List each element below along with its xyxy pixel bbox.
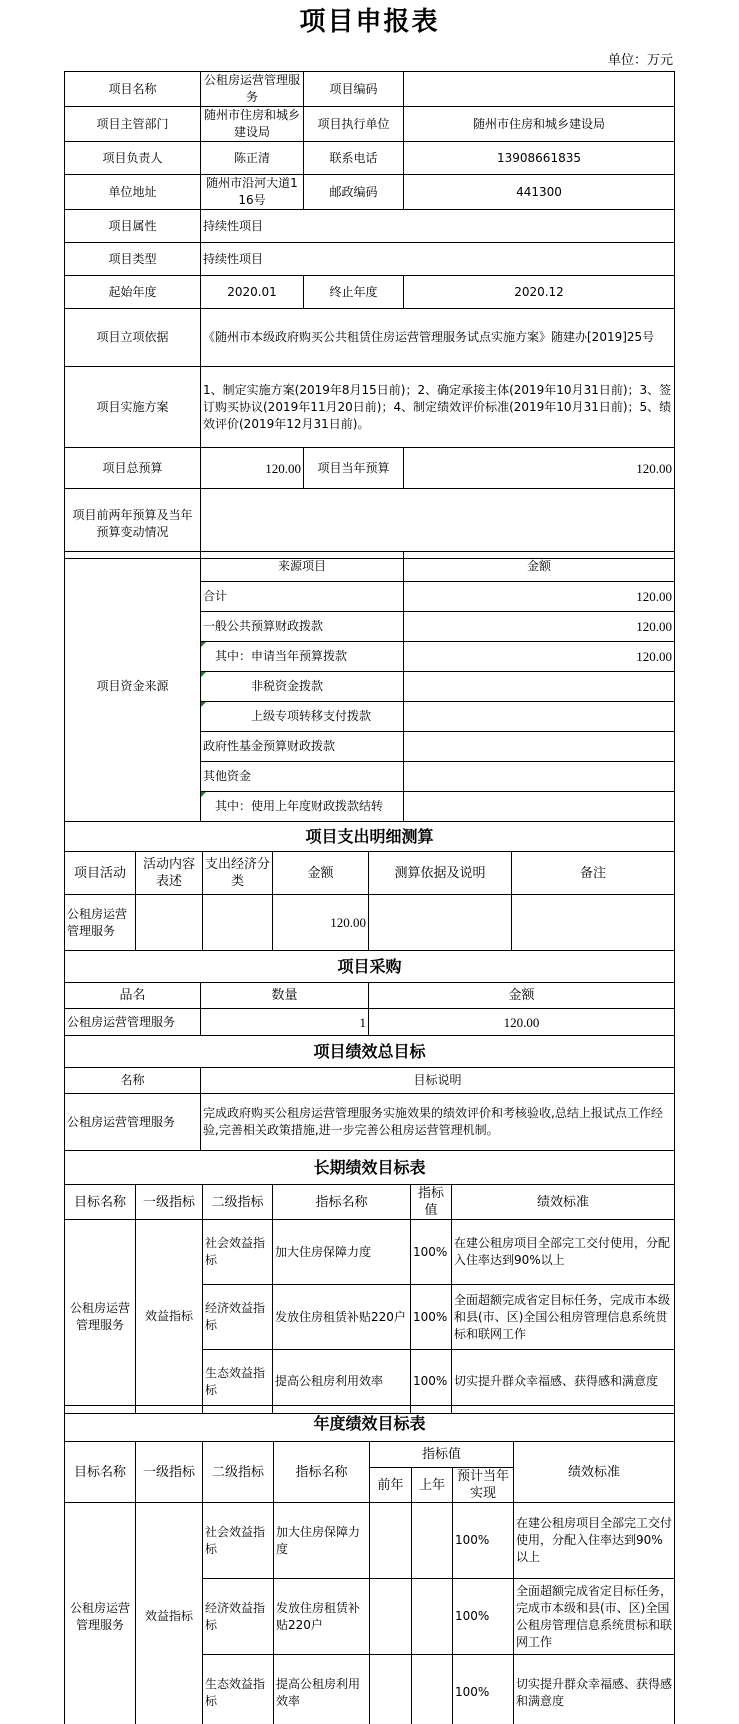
project-code-value [404,72,675,107]
procurement-name: 公租房运营管理服务 [65,1009,201,1036]
page-title: 项目申报表 [0,4,739,40]
year-budget-value: 120.00 [404,448,675,489]
annual-level2: 生态效益指标 [203,1655,274,1724]
start-year-label: 起始年度 [65,276,201,309]
funding-row-name: 政府性基金预算财政拨款 [201,732,404,762]
annual-prev1 [412,1655,453,1724]
annual-header: 绩效标准 [514,1442,675,1503]
annual-expected: 100% [453,1655,514,1724]
procurement-section-title: 项目采购 [65,951,675,983]
procurement-table: 项目采购 品名 数量 金额 公租房运营管理服务 1 120.00 [64,950,675,1036]
expense-table: 项目支出明细测算 项目活动 活动内容表述 支出经济分类 金额 测算依据及说明 备… [64,821,675,951]
funding-row-amount [404,792,675,822]
table-row: 公租房运营管理服务 效益指标 社会效益指标 加大住房保障力度 100% 在建公租… [65,1503,675,1579]
annual-header: 指标名称 [274,1442,370,1503]
dept-label: 项目主管部门 [65,107,201,142]
annual-header: 指标值 [370,1442,514,1468]
type-value: 持续性项目 [201,243,675,276]
exec-unit-value: 随州市住房和城乡建设局 [404,107,675,142]
funding-col-amount: 金额 [404,552,675,582]
funding-row-name: 其他资金 [201,762,404,792]
leader-value: 陈正清 [201,142,304,175]
unit-label: 单位：万元 [608,52,673,70]
long-term-goal-table: 长期绩效目标表 目标名称 一级指标 二级指标 指标名称 指标值 绩效标准 公租房… [64,1150,675,1414]
long-term-standard: 切实提升群众幸福感、获得感和满意度 [452,1350,675,1414]
plan-label: 项目实施方案 [65,367,201,448]
expense-header: 活动内容表述 [136,852,203,895]
year-budget-label: 项目当年预算 [304,448,404,489]
overall-goal-desc: 完成政府购买公租房运营管理服务实施效果的绩效评价和考核验收,总结上报试点工作经验… [201,1094,675,1151]
funding-col-source: 来源项目 [201,552,404,582]
annual-goal-table: 年度绩效目标表 目标名称 一级指标 二级指标 指标名称 指标值 绩效标准 前年 … [64,1405,675,1724]
long-term-header: 指标值 [411,1185,452,1220]
overall-goal-table: 项目绩效总目标 名称 目标说明 公租房运营管理服务 完成政府购买公租房运营管理服… [64,1035,675,1151]
annual-header: 一级指标 [136,1442,203,1503]
long-term-level1: 效益指标 [136,1220,203,1414]
leader-label: 项目负责人 [65,142,201,175]
project-name-label: 项目名称 [65,72,201,107]
annual-level1: 效益指标 [136,1503,203,1724]
funding-row-amount: 120.00 [404,642,675,672]
funding-row-name: 其中：使用上年度财政拨款结转 [201,792,404,822]
long-term-indicator: 发放住房租赁补贴220户 [273,1285,411,1350]
expense-basis [369,895,512,951]
postcode-value: 441300 [404,175,675,210]
funding-row-name: 一般公共预算财政拨款 [201,612,404,642]
long-term-level2: 经济效益指标 [203,1285,273,1350]
annual-header: 目标名称 [65,1442,136,1503]
basis-value: 《随州市本级政府购买公共租赁住房运营管理服务试点实施方案》随建办[2019]25… [201,309,675,367]
annual-subheader: 前年 [370,1468,412,1503]
exec-unit-label: 项目执行单位 [304,107,404,142]
expense-category [203,895,273,951]
funding-row-name: 上级专项转移支付拨款 [201,702,404,732]
expense-header: 测算依据及说明 [369,852,512,895]
long-term-value: 100% [411,1350,452,1414]
expense-header: 支出经济分类 [203,852,273,895]
long-term-goal-name: 公租房运营管理服务 [65,1220,136,1414]
annual-indicator: 提高公租房利用效率 [274,1655,370,1724]
procurement-header: 数量 [201,983,369,1009]
long-term-level2: 社会效益指标 [203,1220,273,1285]
annual-expected: 100% [453,1579,514,1655]
long-term-header: 二级指标 [203,1185,273,1220]
type-label: 项目类型 [65,243,201,276]
long-term-section-title: 长期绩效目标表 [65,1151,675,1185]
table-row: 公租房运营管理服务 120.00 [65,895,675,951]
postcode-label: 邮政编码 [304,175,404,210]
expense-content [136,895,203,951]
dept-value: 随州市住房和城乡建设局 [201,107,304,142]
long-term-standard: 全面超额完成省定目标任务，完成市本级和县(市、区)全国公租房管理信息系统贯标和联… [452,1285,675,1350]
project-name-value: 公租房运营管理服务 [201,72,304,107]
funding-row-name: 其中：申请当年预算拨款 [201,642,404,672]
address-label: 单位地址 [65,175,201,210]
end-year-label: 终止年度 [304,276,404,309]
overall-goal-header: 名称 [65,1068,201,1094]
long-term-value: 100% [411,1220,452,1285]
annual-standard: 在建公租房项目全部完工交付使用，分配入住率达到90%以上 [514,1503,675,1579]
annual-standard: 全面超额完成省定目标任务，完成市本级和县(市、区)全国公租房管理信息系统贯标和联… [514,1579,675,1655]
funding-row-amount: 120.00 [404,582,675,612]
procurement-amount: 120.00 [369,1009,675,1036]
funding-row-amount [404,672,675,702]
expense-header: 项目活动 [65,852,136,895]
long-term-standard: 在建公租房项目全部完工交付使用，分配入住率达到90%以上 [452,1220,675,1285]
annual-indicator: 加大住房保障力度 [274,1503,370,1579]
long-term-header: 指标名称 [273,1185,411,1220]
end-year-value: 2020.12 [404,276,675,309]
funding-row-amount [404,702,675,732]
expense-activity: 公租房运营管理服务 [65,895,136,951]
annual-expected: 100% [453,1503,514,1579]
total-budget-label: 项目总预算 [65,448,201,489]
attr-value: 持续性项目 [201,210,675,243]
phone-label: 联系电话 [304,142,404,175]
annual-standard: 切实提升群众幸福感、获得感和满意度 [514,1655,675,1724]
table-row: 公租房运营管理服务 效益指标 社会效益指标 加大住房保障力度 100% 在建公租… [65,1220,675,1285]
annual-indicator: 发放住房租赁补贴220户 [274,1579,370,1655]
funding-row-amount [404,762,675,792]
plan-value: 1、制定实施方案(2019年8月15日前)；2、确定承接主体(2019年10月3… [201,367,675,448]
basic-info-table: 项目名称 公租房运营管理服务 项目编码 项目主管部门 随州市住房和城乡建设局 项… [64,71,675,559]
start-year-value: 2020.01 [201,276,304,309]
annual-section-title: 年度绩效目标表 [65,1406,675,1442]
procurement-header: 品名 [65,983,201,1009]
budget-change-value [201,489,675,559]
overall-goal-section-title: 项目绩效总目标 [65,1036,675,1068]
long-term-indicator: 提高公租房利用效率 [273,1350,411,1414]
expense-header: 备注 [512,852,675,895]
annual-level2: 经济效益指标 [203,1579,274,1655]
funding-row-amount: 120.00 [404,612,675,642]
expense-header: 金额 [273,852,369,895]
overall-goal-name: 公租房运营管理服务 [65,1094,201,1151]
overall-goal-header: 目标说明 [201,1068,675,1094]
budget-change-label: 项目前两年预算及当年预算变动情况 [65,489,201,559]
annual-prev2 [370,1655,412,1724]
annual-level2: 社会效益指标 [203,1503,274,1579]
funding-row-name: 非税资金拨款 [201,672,404,702]
annual-goal-name: 公租房运营管理服务 [65,1503,136,1724]
long-term-header: 绩效标准 [452,1185,675,1220]
funding-row-name: 合计 [201,582,404,612]
phone-value: 13908661835 [404,142,675,175]
table-row: 公租房运营管理服务 1 120.00 [65,1009,675,1036]
annual-prev1 [412,1579,453,1655]
expense-note [512,895,675,951]
basis-label: 项目立项依据 [65,309,201,367]
procurement-header: 金额 [369,983,675,1009]
annual-subheader: 预计当年实现 [453,1468,514,1503]
expense-amount: 120.00 [273,895,369,951]
annual-prev2 [370,1579,412,1655]
attr-label: 项目属性 [65,210,201,243]
funding-label: 项目资金来源 [65,552,201,822]
long-term-value: 100% [411,1285,452,1350]
long-term-header: 目标名称 [65,1185,136,1220]
long-term-header: 一级指标 [136,1185,203,1220]
procurement-qty: 1 [201,1009,369,1036]
funding-row-amount [404,732,675,762]
long-term-level2: 生态效益指标 [203,1350,273,1414]
expense-section-title: 项目支出明细测算 [65,822,675,852]
annual-header: 二级指标 [203,1442,274,1503]
annual-subheader: 上年 [412,1468,453,1503]
annual-prev2 [370,1503,412,1579]
total-budget-value: 120.00 [201,448,304,489]
project-code-label: 项目编码 [304,72,404,107]
annual-prev1 [412,1503,453,1579]
address-value: 随州市沿河大道116号 [201,175,304,210]
funding-table: 项目资金来源 来源项目 金额 合计 120.00 一般公共预算财政拨款 120.… [64,551,675,822]
long-term-indicator: 加大住房保障力度 [273,1220,411,1285]
